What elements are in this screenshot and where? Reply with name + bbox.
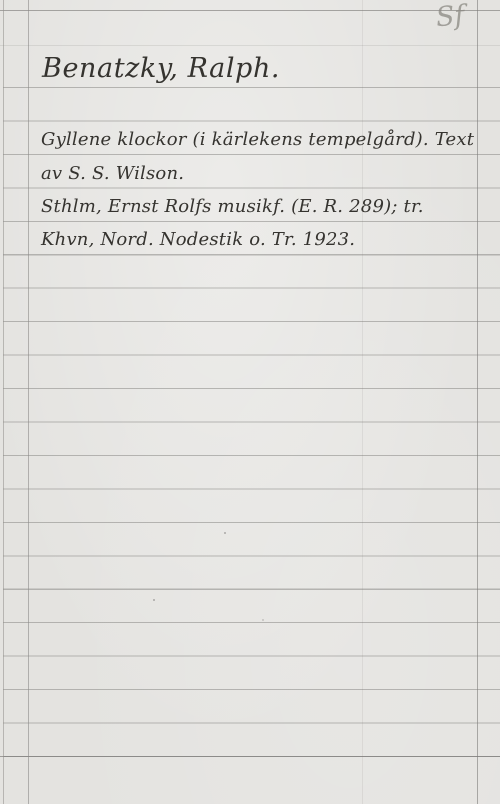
card-text-line-publisher: Sthlm, Ernst Rolfs musikf. (E. R. 289); … (41, 193, 424, 221)
paper-speck (262, 619, 264, 621)
right-margin-rule (477, 0, 478, 804)
top-border-line (0, 10, 500, 11)
card-text-line-title: Gyllene klockor (i kärlekens tempelgård)… (41, 126, 474, 154)
paper-crease (362, 0, 363, 804)
card-text-line-printing: Khvn, Nord. Nodestik o. Tr. 1923. (41, 226, 355, 254)
catalog-card: Sf Benatzky, Ralph. Gyllene klockor (i k… (0, 0, 500, 804)
left-margin-rule (28, 0, 29, 804)
paper-speck (224, 532, 226, 534)
faint-guide-line (0, 45, 500, 46)
paper-speck (153, 599, 155, 601)
card-text-line-author-of-text: av S. S. Wilson. (41, 160, 184, 188)
card-heading-author: Benatzky, Ralph. (42, 52, 280, 86)
bottom-border-line (0, 756, 500, 757)
left-edge-line (3, 0, 4, 804)
pencil-shelfmark: Sf (435, 1, 466, 33)
